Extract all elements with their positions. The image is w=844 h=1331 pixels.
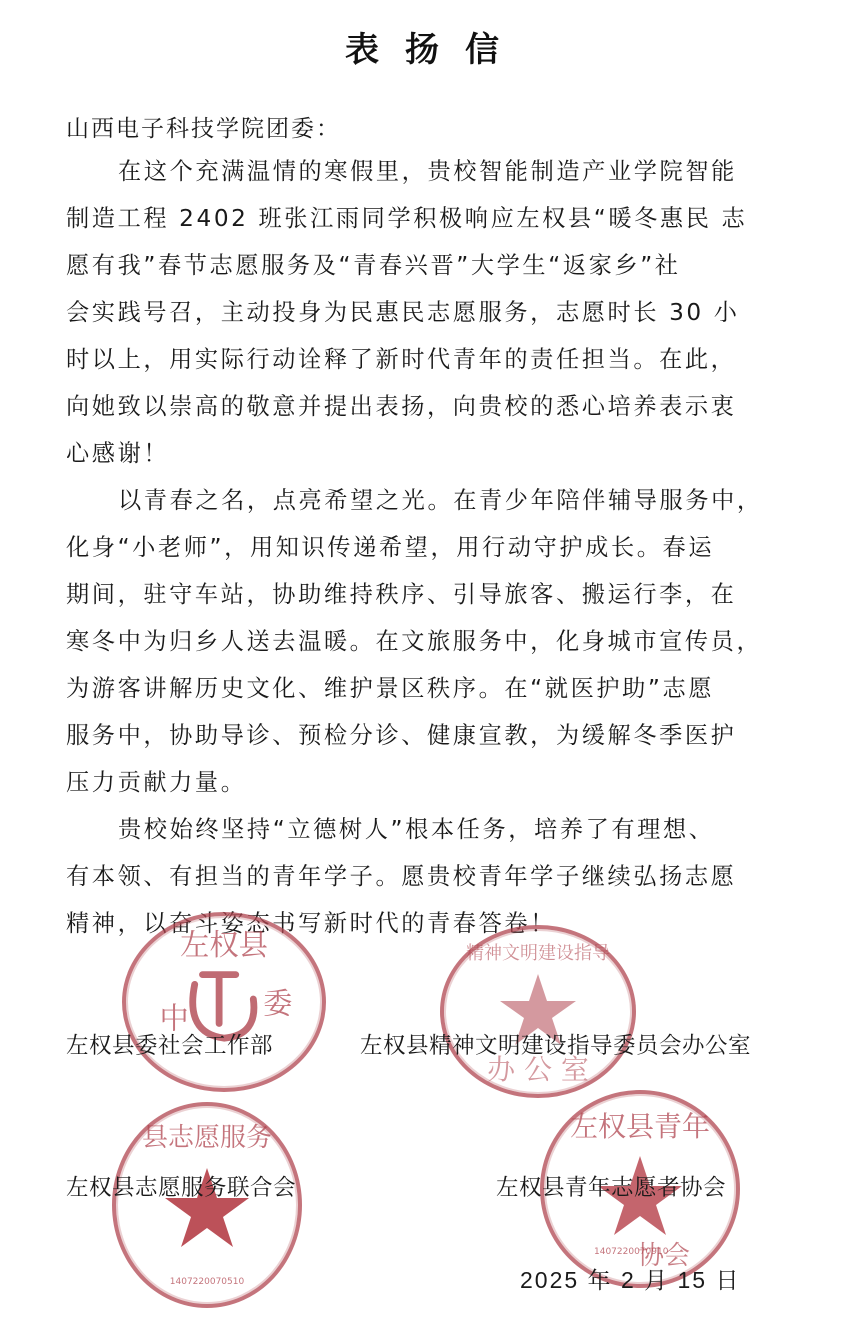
- star-icon: 精神文明建设指导 办 公 室: [444, 929, 632, 1094]
- body-line: 制造工程 2402 班张江雨同学积极响应左权县“暖冬惠民 志: [66, 204, 796, 234]
- body-line: 期间，驻守车站，协助维持秩序、引导旅客、搬运行李，在: [66, 580, 796, 610]
- hammer-sickle-icon: 左权县 中 委: [126, 916, 322, 1088]
- svg-text:县志愿服务: 县志愿服务: [142, 1123, 272, 1153]
- body-line: 心感谢！: [66, 439, 796, 469]
- svg-text:精神文明建设指导: 精神文明建设指导: [466, 943, 610, 964]
- signatory-social-work-dept: 左权县委社会工作部: [66, 1028, 273, 1060]
- body-line: 寒冬中为归乡人送去温暖。在文旅服务中，化身城市宣传员，: [66, 627, 796, 657]
- svg-text:委: 委: [263, 987, 292, 1021]
- salutation: 山西电子科技学院团委：: [66, 110, 341, 143]
- body-line: 向她致以崇高的敬意并提出表扬，向贵校的悉心培养表示衷: [66, 392, 796, 422]
- signatory-civilization-office: 左权县精神文明建设指导委员会办公室: [360, 1028, 751, 1060]
- body-line: 愿有我”春节志愿服务及“青春兴晋”大学生“返家乡”社: [66, 251, 796, 281]
- signatory-volunteer-federation: 左权县志愿服务联合会: [66, 1170, 296, 1202]
- svg-text:左权县青年: 左权县青年: [570, 1110, 710, 1143]
- body-line: 会实践号召，主动投身为民惠民志愿服务，志愿时长 30 小: [66, 298, 796, 328]
- signatory-youth-volunteer-association: 左权县青年志愿者协会: [496, 1170, 726, 1202]
- body-line: 化身“小老师”，用知识传递希望，用行动守护成长。春运: [66, 533, 796, 563]
- svg-text:1407220070510: 1407220070510: [170, 1277, 245, 1287]
- star-icon: 县志愿服务 1407220070510: [116, 1106, 298, 1304]
- seal-volunteer-federation: 县志愿服务 1407220070510: [112, 1102, 302, 1308]
- seal-civilization-office: 精神文明建设指导 办 公 室: [440, 925, 636, 1098]
- body-line: 时以上，用实际行动诠释了新时代青年的责任担当。在此，: [66, 345, 796, 375]
- body-line: 有本领、有担当的青年学子。愿贵校青年学子继续弘扬志愿: [66, 862, 796, 892]
- body-line: 为游客讲解历史文化、维护景区秩序。在“就医护助”志愿: [66, 674, 796, 704]
- letter-title: 表扬信: [0, 22, 844, 71]
- body-line: 压力贡献力量。: [66, 768, 796, 798]
- body-line: 服务中，协助导诊、预检分诊、健康宣教，为缓解冬季医护: [66, 721, 796, 751]
- body-line: 以青春之名，点亮希望之光。在青少年陪伴辅导服务中，: [118, 486, 796, 516]
- letter-date: 2025 年 2 月 15 日: [520, 1262, 741, 1295]
- body-line: 贵校始终坚持“立德树人”根本任务，培养了有理想、: [118, 815, 796, 845]
- seal-party-committee: 左权县 中 委: [122, 912, 326, 1092]
- svg-text:1407220070910: 1407220070910: [594, 1247, 669, 1257]
- svg-text:左权县: 左权县: [180, 928, 268, 962]
- body-line: 在这个充满温情的寒假里，贵校智能制造产业学院智能: [118, 157, 796, 187]
